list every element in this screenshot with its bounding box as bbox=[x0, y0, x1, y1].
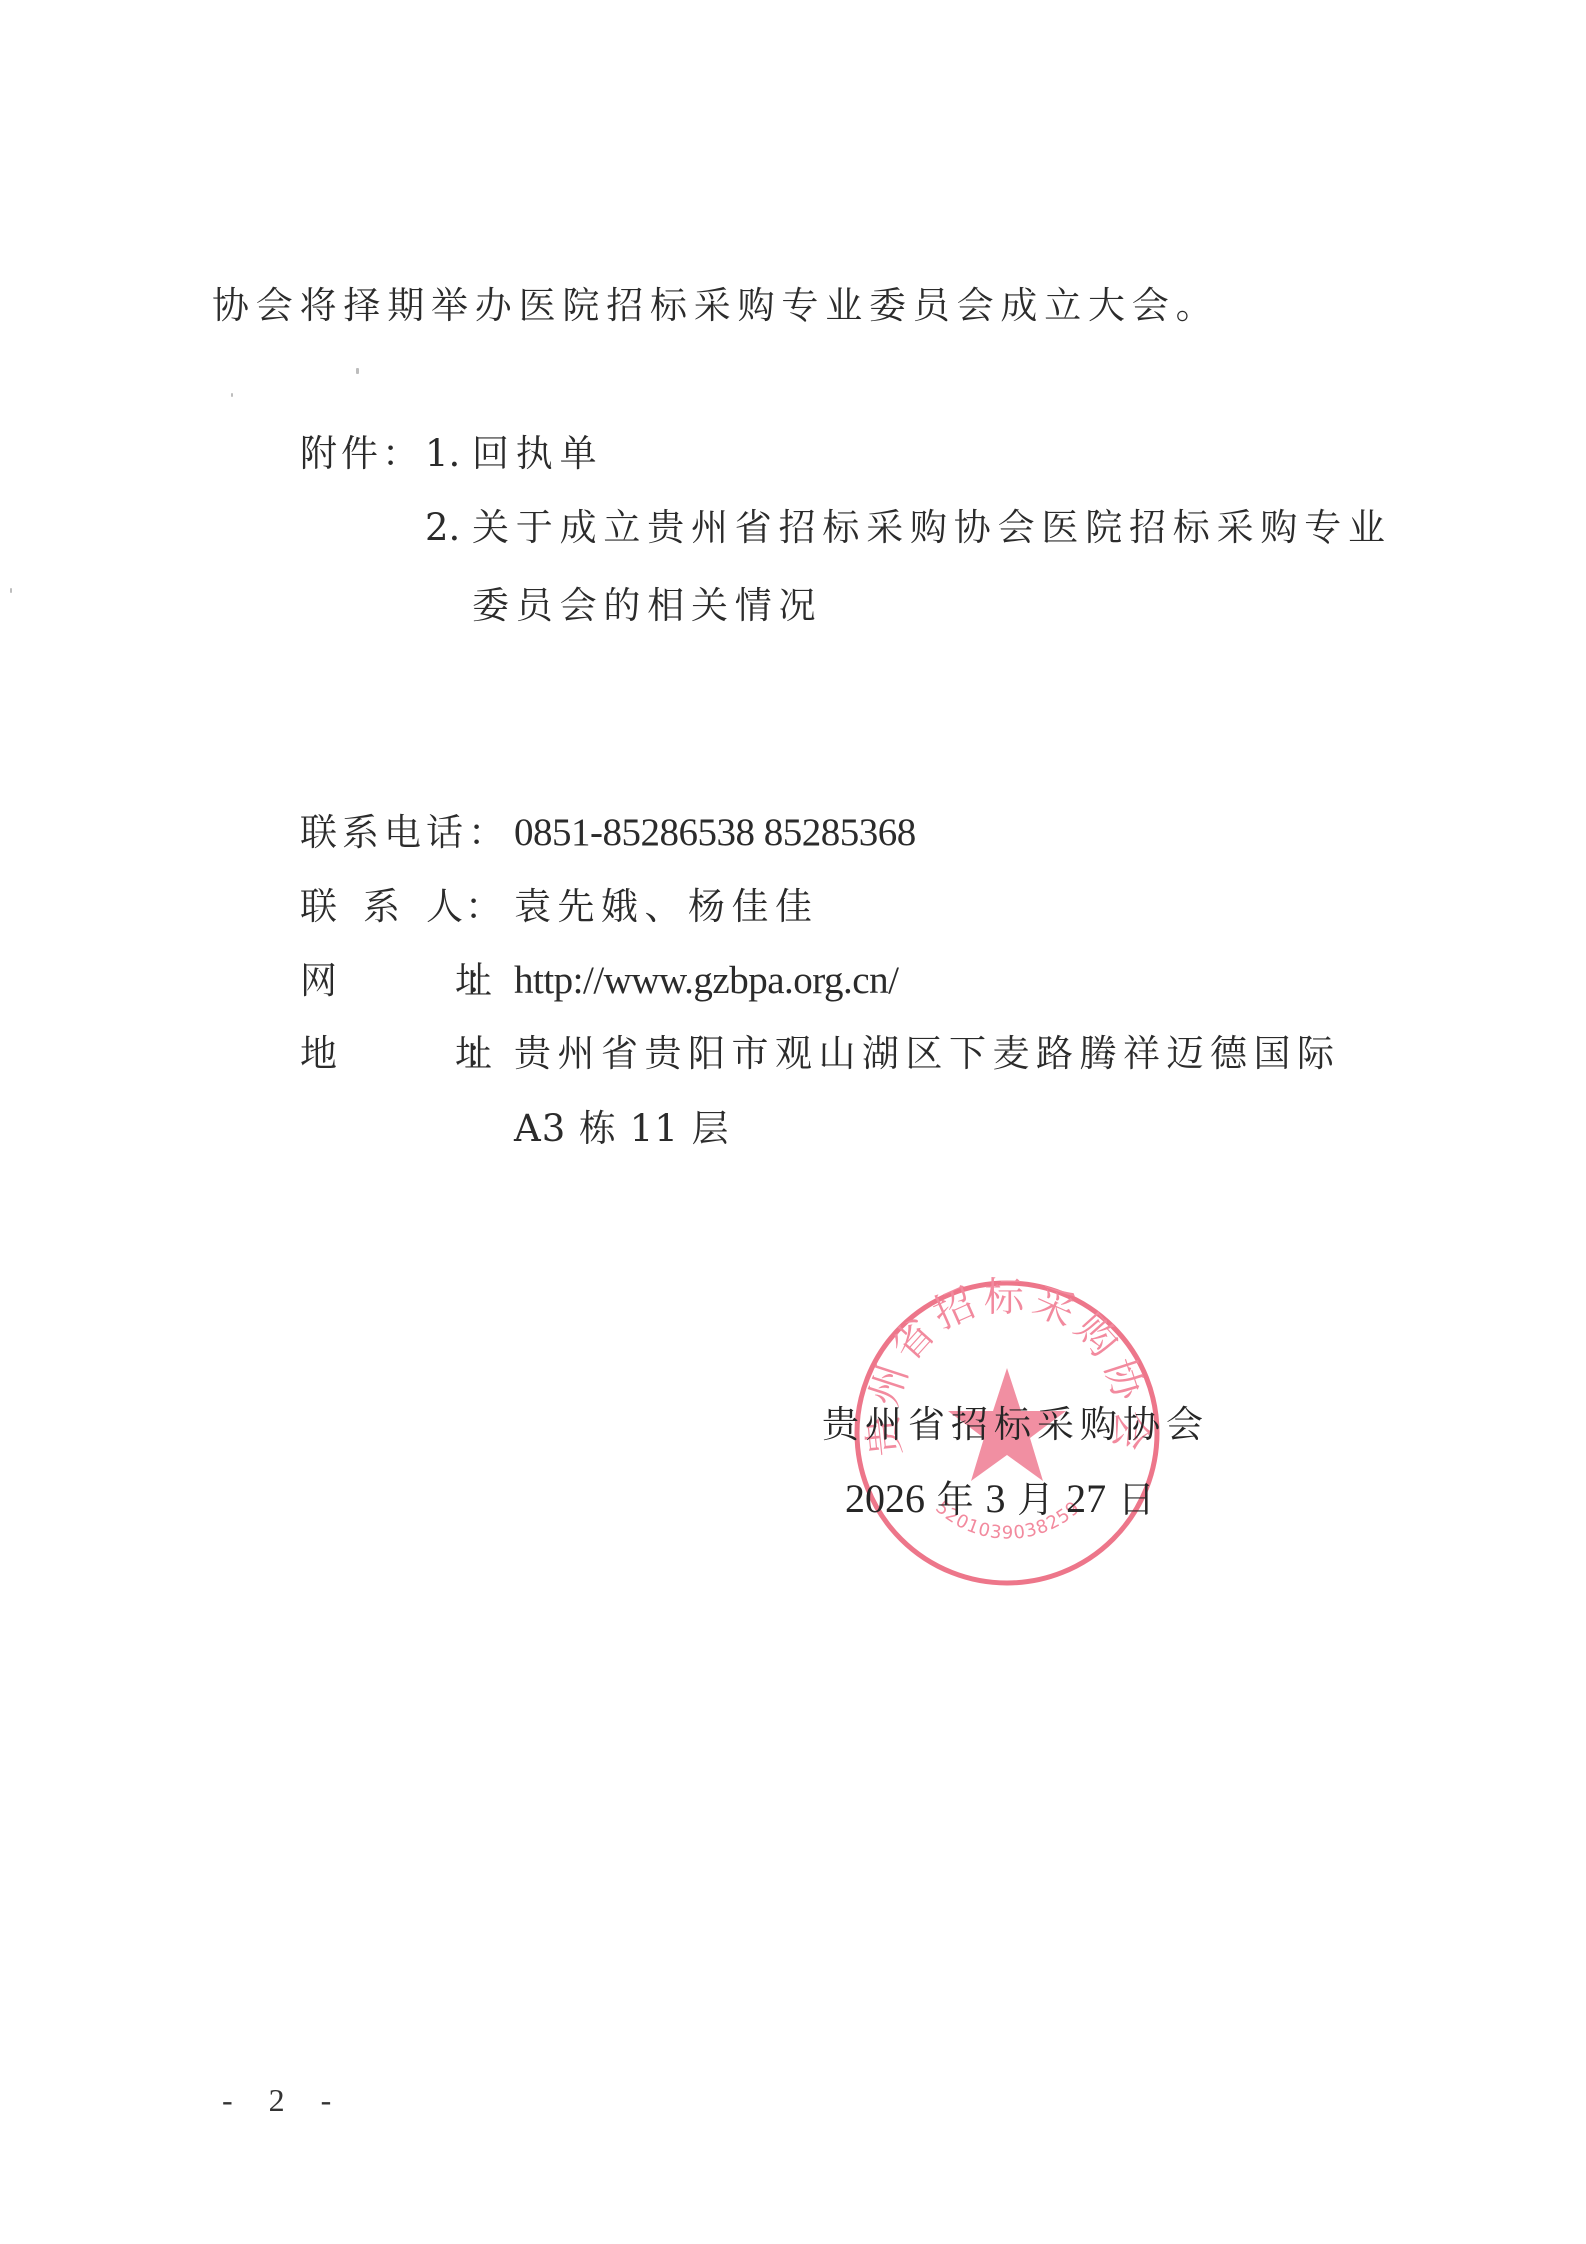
attachment-number: 2. bbox=[425, 506, 472, 550]
date-day-unit: 日 bbox=[1118, 1478, 1155, 1521]
attachment-title: 回执单 bbox=[472, 432, 603, 475]
scan-speck bbox=[10, 588, 12, 593]
address-value-line1: 贵州省贵阳市观山湖区下麦路腾祥迈德国际 bbox=[514, 1031, 1341, 1077]
date-year: 2026 bbox=[845, 1476, 925, 1521]
attachment-title-line1: 关于成立贵州省招标采购协会医院招标采购专业 bbox=[472, 506, 1392, 549]
scan-speck bbox=[231, 393, 233, 397]
website-label-colon: ： bbox=[465, 958, 502, 1004]
page-number: - 2 - bbox=[222, 2080, 345, 2120]
address-value-line2: A3 栋 11 层 bbox=[514, 1106, 730, 1152]
date-year-unit: 年 bbox=[937, 1478, 974, 1521]
date-month-unit: 月 bbox=[1017, 1478, 1054, 1521]
address-label-colon: ： bbox=[465, 1031, 502, 1077]
date-month: 3 bbox=[986, 1476, 1006, 1521]
attachment-item-1: 1.回执单 bbox=[425, 432, 603, 476]
attachment-number: 1. bbox=[425, 432, 472, 476]
website-link[interactable]: http://www.gzbpa.org.cn/ bbox=[514, 958, 898, 1004]
signature-organization: 贵州省招标采购协会 bbox=[822, 1402, 1209, 1448]
person-value: 袁先娥、杨佳佳 bbox=[514, 884, 819, 930]
phone-value: 0851-85286538 85285368 bbox=[514, 810, 916, 856]
scan-speck bbox=[356, 368, 359, 374]
phone-label: 联系电话： bbox=[300, 810, 510, 856]
person-label-colon: ： bbox=[465, 884, 502, 930]
body-closing-line: 协会将择期举办医院招标采购专业委员会成立大会。 bbox=[212, 284, 1219, 328]
document-page: 协会将择期举办医院招标采购专业委员会成立大会。 附件： 1.回执单 2.关于成立… bbox=[0, 0, 1586, 2244]
date-day: 27 bbox=[1066, 1476, 1106, 1521]
attachment-item-2: 2.关于成立贵州省招标采购协会医院招标采购专业 bbox=[425, 506, 1392, 550]
attachments-label: 附件： bbox=[300, 432, 423, 476]
signature-date: 2026 年 3 月 27 日 bbox=[845, 1476, 1155, 1523]
attachment-item-2-continuation: 委员会的相关情况 bbox=[472, 584, 822, 628]
